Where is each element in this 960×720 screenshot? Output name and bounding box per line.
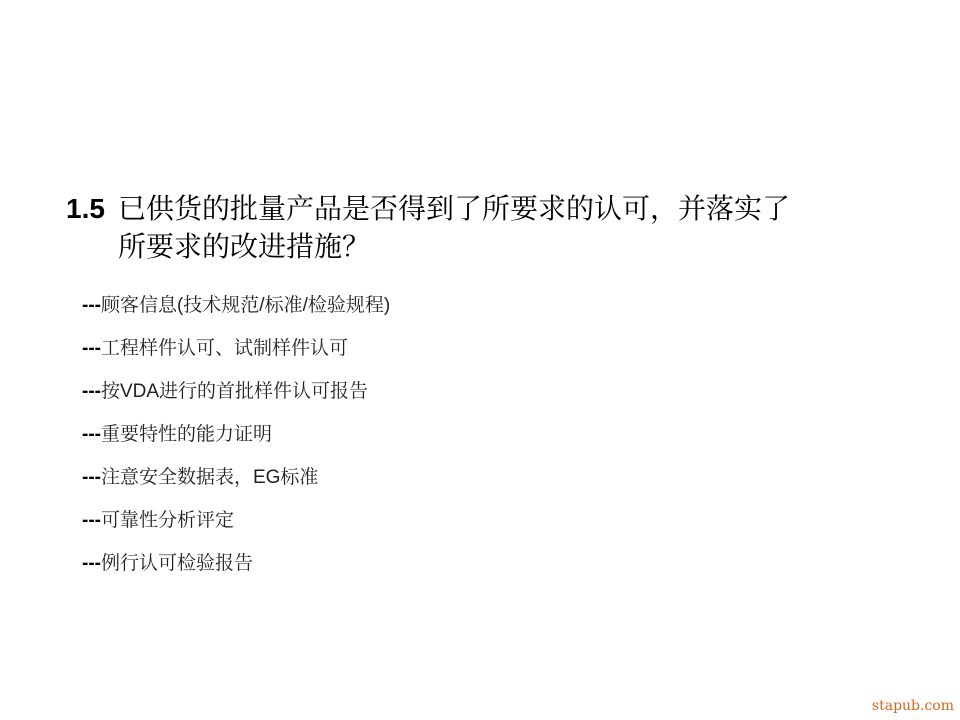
bullet-text: 顾客信息(技术规范/标准/检验规程) <box>101 295 390 316</box>
bullet-text: 可靠性分析评定 <box>101 510 234 531</box>
bullet-dash: --- <box>82 338 101 359</box>
title-line-1: 1.5已供货的批量产品是否得到了所要求的认可，并落实了 <box>66 190 906 228</box>
bullet-dash: --- <box>82 553 101 574</box>
section-number: 1.5 <box>66 190 118 228</box>
title-line-2: 所要求的改进措施？ <box>66 228 906 266</box>
bullet-item: ---例行认可检验报告 <box>82 554 390 597</box>
bullet-item: ---注意安全数据表，EG标准 <box>82 468 390 511</box>
bullet-item: ---可靠性分析评定 <box>82 511 390 554</box>
bullet-text: 注意安全数据表，EG标准 <box>101 467 318 488</box>
bullet-text: 按VDA进行的首批样件认可报告 <box>101 381 368 402</box>
watermark: stapub.com <box>872 698 954 714</box>
bullet-text: 工程样件认可、试制样件认可 <box>101 338 348 359</box>
bullet-dash: --- <box>82 424 101 445</box>
bullet-dash: --- <box>82 510 101 531</box>
bullet-item: ---工程样件认可、试制样件认可 <box>82 339 390 382</box>
slide-title: 1.5已供货的批量产品是否得到了所要求的认可，并落实了 所要求的改进措施？ <box>66 190 906 266</box>
title-text-1: 已供货的批量产品是否得到了所要求的认可，并落实了 <box>118 193 790 224</box>
bullet-dash: --- <box>82 381 101 402</box>
bullet-item: ---按VDA进行的首批样件认可报告 <box>82 382 390 425</box>
bullet-list: ---顾客信息(技术规范/标准/检验规程) ---工程样件认可、试制样件认可 -… <box>82 296 390 597</box>
bullet-text: 例行认可检验报告 <box>101 553 253 574</box>
bullet-dash: --- <box>82 295 101 316</box>
bullet-item: ---重要特性的能力证明 <box>82 425 390 468</box>
bullet-text: 重要特性的能力证明 <box>101 424 272 445</box>
bullet-item: ---顾客信息(技术规范/标准/检验规程) <box>82 296 390 339</box>
slide: 1.5已供货的批量产品是否得到了所要求的认可，并落实了 所要求的改进措施？ --… <box>0 0 960 720</box>
bullet-dash: --- <box>82 467 101 488</box>
